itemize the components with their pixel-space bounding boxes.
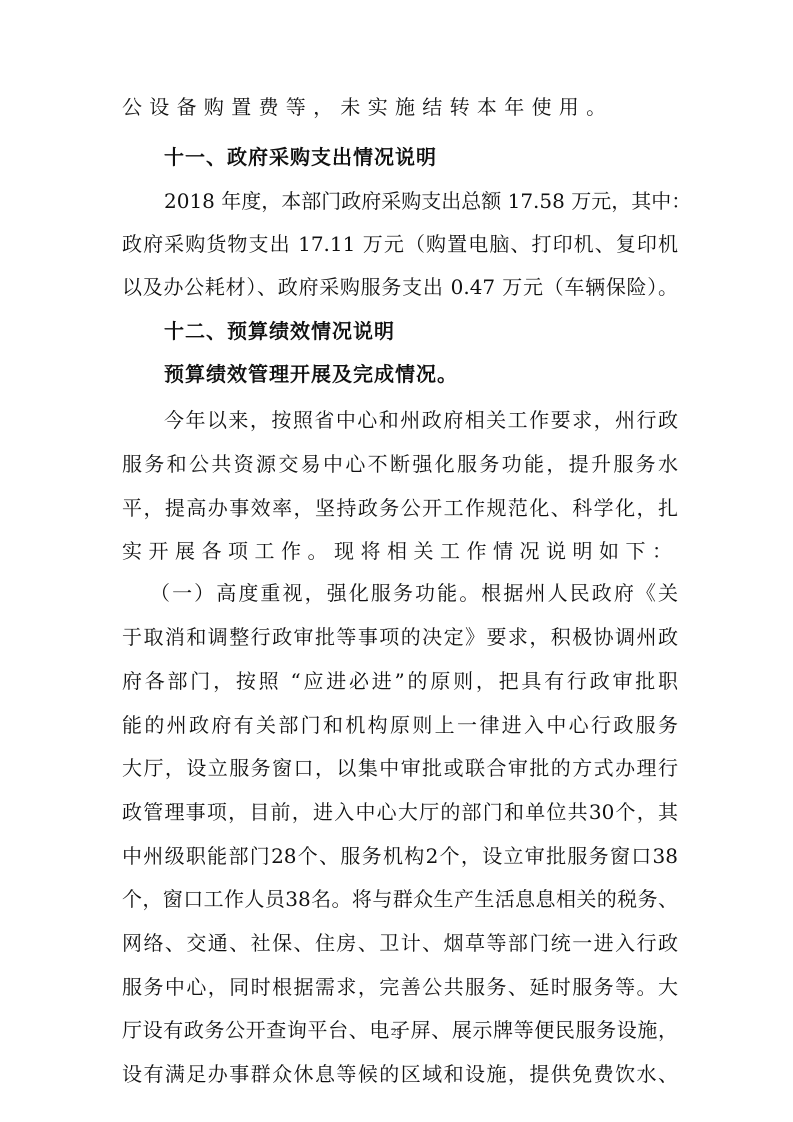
paragraph-line: 能的州政府有关部门和机构原则上一律进入中心行政服务	[122, 710, 678, 740]
paragraph-line: 公设备购置费等，未实施结转本年使用。	[122, 92, 678, 122]
paragraph-line: 政管理事项，目前，进入中心大厅的部门和单位共30个，其	[122, 797, 678, 827]
paragraph-line: （一）高度重视，强化服务功能。根据州人民政府《关	[150, 578, 678, 608]
paragraph-line: 个，窗口工作人员38名。将与群众生产生活息息相关的税务、	[122, 884, 678, 914]
page-number: 25	[0, 1026, 793, 1038]
paragraph-line: 以及办公耗材）、政府采购服务支出 0.47 万元（车辆保险）。	[122, 272, 678, 302]
document-page: 公设备购置费等，未实施结转本年使用。 十一、政府采购支出情况说明 2018 年度…	[0, 0, 793, 1122]
paragraph-line: 设有满足办事群众休息等候的区域和设施，提供免费饮水、	[122, 1059, 678, 1089]
paragraph-line: 今年以来，按照省中心和州政府相关工作要求，州行政	[164, 405, 678, 435]
paragraph-line: 平，提高办事效率，坚持政务公开工作规范化、科学化，扎	[122, 493, 678, 523]
paragraph-line: 网络、交通、社保、住房、卫计、烟草等部门统一进入行政	[122, 928, 678, 958]
section-heading-12: 十二、预算绩效情况说明	[164, 316, 678, 346]
paragraph-line: 政府采购货物支出 17.11 万元（购置电脑、打印机、复印机	[122, 229, 678, 259]
paragraph-line: 府各部门，按照 “应进必进”的原则，把具有行政审批职	[122, 666, 678, 696]
paragraph-line: 服务中心，同时根据需求，完善公共服务、延时服务等。大	[122, 972, 678, 1002]
paragraph-line: 服务和公共资源交易中心不断强化服务功能，提升服务水	[122, 449, 678, 479]
paragraph-line: 大厅，设立服务窗口，以集中审批或联合审批的方式办理行	[122, 753, 678, 783]
section-heading-11: 十一、政府采购支出情况说明	[164, 142, 678, 172]
paragraph-line: 实开展各项工作。现将相关工作情况说明如下：	[122, 536, 678, 566]
paragraph-line: 中州级职能部门28个、服务机构2个，设立审批服务窗口38	[122, 841, 678, 871]
subheading: 预算绩效管理开展及完成情况。	[164, 359, 678, 389]
paragraph-line: 于取消和调整行政审批等事项的决定》要求，积极协调州政	[122, 622, 678, 652]
paragraph-line: 2018 年度，本部门政府采购支出总额 17.58 万元，其中：	[164, 186, 678, 216]
